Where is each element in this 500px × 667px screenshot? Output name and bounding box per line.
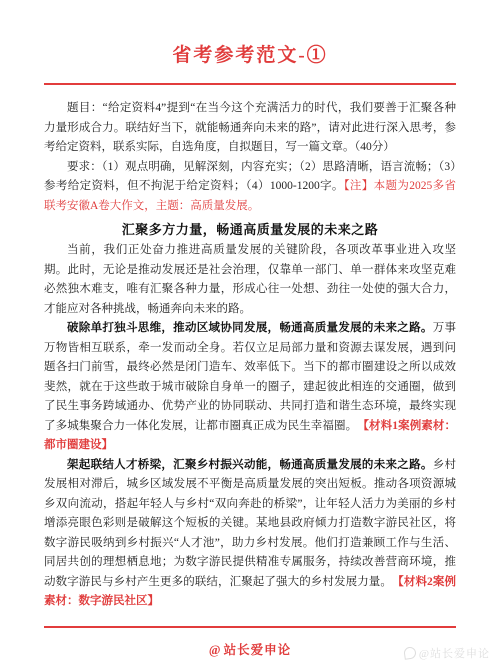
essay-title: 汇聚多方力量，畅通高质量发展的未来之路: [44, 219, 456, 238]
essay-paragraph: 破除单打独斗思维，推动区域协同发展，畅通高质量发展的未来之路。万事万物皆相互联系…: [44, 319, 456, 456]
paragraph-lead-sentence: 架起联结人才桥梁，汇聚乡村振兴动能，畅通高质量发展的未来之路。: [67, 459, 433, 471]
paragraph-body: 万事万物皆相互联系，牵一发而动全身。若仅立足局部力量和资源去谋发展，遇到问题各扫…: [44, 322, 456, 432]
top-divider: [44, 83, 456, 85]
watermark-text: @站长爱申论: [419, 645, 490, 661]
at-sign-icon: @: [209, 643, 222, 658]
bottom-divider: [44, 626, 456, 628]
watermark: @站长爱申论: [404, 645, 490, 661]
footer-handle-text: 站长爱申论: [224, 643, 292, 657]
prompt-requirements: 要求：（1）观点明确，见解深刻，内容充实；（2）思路清晰，语言流畅；（3）参考给…: [44, 158, 456, 217]
prompt-section: 题目：“给定资料4”提到“在当今这个充满活力的时代，我们要善于汇聚各种力量形成合…: [44, 99, 456, 216]
essay-body: 当前，我们正处奋力推进高质量发展的关键阶段，各项改革事业进入攻坚期。此时，无论是…: [44, 241, 456, 612]
page-title: 省考参考范文-①: [44, 40, 456, 67]
essay-paragraph: 当前，我们正处奋力推进高质量发展的关键阶段，各项改革事业进入攻坚期。此时，无论是…: [44, 241, 456, 319]
prompt-question: 题目：“给定资料4”提到“在当今这个充满活力的时代，我们要善于汇聚各种力量形成合…: [44, 99, 456, 158]
paragraph-body: 当前，我们正处奋力推进高质量发展的关键阶段，各项改革事业进入攻坚期。此时，无论是…: [44, 244, 456, 315]
document-page: 省考参考范文-① 题目：“给定资料4”提到“在当今这个充满活力的时代，我们要善于…: [0, 0, 500, 667]
essay-paragraph: 架起联结人才桥梁，汇聚乡村振兴动能，畅通高质量发展的未来之路。乡村发展相对滞后，…: [44, 456, 456, 612]
watermark-logo-icon: [403, 646, 417, 660]
paragraph-lead-sentence: 破除单打独斗思维，推动区域协同发展，畅通高质量发展的未来之路。: [67, 322, 433, 334]
paragraph-body: 乡村发展相对滞后，城乡区域发展不平衡是高质量发展的突出短板。推动各项资源城乡双向…: [44, 459, 456, 588]
footer-author-handle: @站长爱申论: [44, 640, 456, 658]
